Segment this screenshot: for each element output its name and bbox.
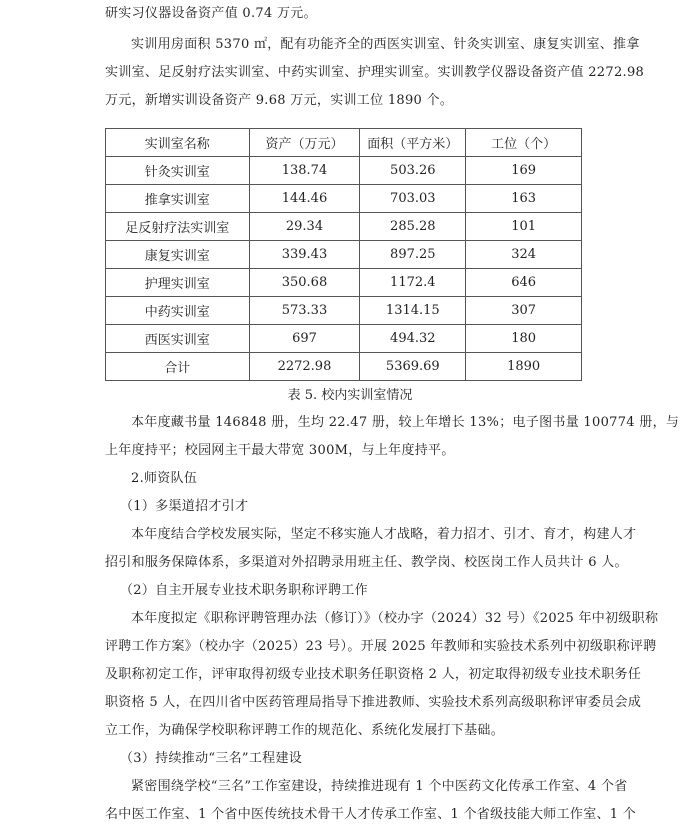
- table-header-cell: 工位（个）: [466, 129, 582, 157]
- subsection-heading: （2）自主开展专业技术职务职称评聘工作: [120, 581, 368, 601]
- paragraph-line: 实训用房面积 5370 ㎡，配有功能齐全的西医实训室、针灸实训室、康复实训室、推…: [131, 35, 640, 55]
- paragraph-line: 及职称初定工作，评审取得初级专业技术职务任职资格 2 人，初定取得初级专业技术职…: [105, 665, 641, 685]
- table-cell: 494.32: [360, 325, 466, 353]
- paragraph-line: 名中医工作室、1 个省中医传统技术骨干人才传承工作室、1 个省级技能大师工作室、…: [105, 805, 636, 825]
- table-row: 推拿实训室 144.46 703.03 163: [106, 185, 582, 213]
- paragraph-line: 立工作，为确保学校职称评聘工作的规范化、系统化发展打下基础。: [105, 721, 504, 741]
- table-cell: 503.26: [360, 157, 466, 185]
- paragraph-line: 紧密围绕学校“三名”工作室建设，持续推进现有 1 个中医药文化传承工作室、4 个…: [131, 777, 628, 797]
- table-cell: 推拿实训室: [106, 185, 250, 213]
- table-header-cell: 资产（万元）: [249, 129, 360, 157]
- paragraph-line: 本年度结合学校发展实际，坚定不移实施人才战略，着力招才、引才、育才，构建人才: [131, 525, 636, 545]
- table-cell: 1890: [466, 353, 582, 381]
- table-cell: 1172.4: [360, 269, 466, 297]
- paragraph-line: 评聘工作方案》（校办字（2025）23 号）。开展 2025 年教师和实验技术系…: [105, 637, 657, 657]
- training-room-table: 实训室名称 资产（万元） 面积（平方米） 工位（个） 针灸实训室 138.74 …: [105, 128, 582, 381]
- table-cell: 1314.15: [360, 297, 466, 325]
- table-row: 西医实训室 697 494.32 180: [106, 325, 582, 353]
- table-cell: 29.34: [249, 213, 360, 241]
- table-cell: 697: [249, 325, 360, 353]
- table-caption: 表 5. 校内实训室情况: [0, 386, 700, 406]
- table-cell: 西医实训室: [106, 325, 250, 353]
- table-cell: 339.43: [249, 241, 360, 269]
- table-row: 中药实训室 573.33 1314.15 307: [106, 297, 582, 325]
- table-row: 护理实训室 350.68 1172.4 646: [106, 269, 582, 297]
- section-heading: 2.师资队伍: [131, 469, 197, 489]
- table-cell: 169: [466, 157, 582, 185]
- paragraph-line: 招引和服务保障体系，多渠道对外招聘录用班主任、教学岗、校医岗工作人员共计 6 人…: [105, 553, 628, 573]
- paragraph-line: 本年度拟定《职称评聘管理办法（修订）》（校办字（2024）32 号）《2025 …: [131, 609, 658, 629]
- table-row: 足反射疗法实训室 29.34 285.28 101: [106, 213, 582, 241]
- table-cell: 350.68: [249, 269, 360, 297]
- table-cell: 合计: [106, 353, 250, 381]
- paragraph-line: 万元，新增实训设备资产 9.68 万元，实训工位 1890 个。: [105, 91, 453, 111]
- subsection-heading: （3）持续推动“三名”工程建设: [120, 749, 302, 769]
- table-total-row: 合计 2272.98 5369.69 1890: [106, 353, 582, 381]
- table-cell: 2272.98: [249, 353, 360, 381]
- table-row: 针灸实训室 138.74 503.26 169: [106, 157, 582, 185]
- paragraph-line: 上年度持平；校园网主干最大带宽 300M，与上年度持平。: [105, 441, 455, 461]
- table-cell: 144.46: [249, 185, 360, 213]
- table-cell: 180: [466, 325, 582, 353]
- table-cell: 足反射疗法实训室: [106, 213, 250, 241]
- table-header-row: 实训室名称 资产（万元） 面积（平方米） 工位（个）: [106, 129, 582, 157]
- table-cell: 646: [466, 269, 582, 297]
- paragraph-line: 研实习仪器设备资产值 0.74 万元。: [105, 4, 317, 24]
- subsection-heading: （1）多渠道招才引才: [120, 497, 248, 517]
- table-cell: 101: [466, 213, 582, 241]
- paragraph-line: 实训室、足反射疗法实训室、中药实训室、护理实训室。实训教学仪器设备资产值 227…: [105, 63, 644, 83]
- table-cell: 138.74: [249, 157, 360, 185]
- paragraph-line: 职资格 5 人，在四川省中医药管理局指导下推进教师、实验技术系列高级职称评审委员…: [105, 693, 641, 713]
- table-header-cell: 面积（平方米）: [360, 129, 466, 157]
- table-cell: 324: [466, 241, 582, 269]
- table-cell: 针灸实训室: [106, 157, 250, 185]
- table-row: 康复实训室 339.43 897.25 324: [106, 241, 582, 269]
- table-cell: 5369.69: [360, 353, 466, 381]
- table-cell: 307: [466, 297, 582, 325]
- table-cell: 护理实训室: [106, 269, 250, 297]
- table-cell: 中药实训室: [106, 297, 250, 325]
- table-cell: 897.25: [360, 241, 466, 269]
- table-cell: 康复实训室: [106, 241, 250, 269]
- table-cell: 703.03: [360, 185, 466, 213]
- paragraph-line: 本年度藏书量 146848 册，生均 22.47 册，较上年增长 13%；电子图…: [131, 413, 679, 433]
- table-cell: 163: [466, 185, 582, 213]
- table-cell: 285.28: [360, 213, 466, 241]
- table-header-cell: 实训室名称: [106, 129, 250, 157]
- table-cell: 573.33: [249, 297, 360, 325]
